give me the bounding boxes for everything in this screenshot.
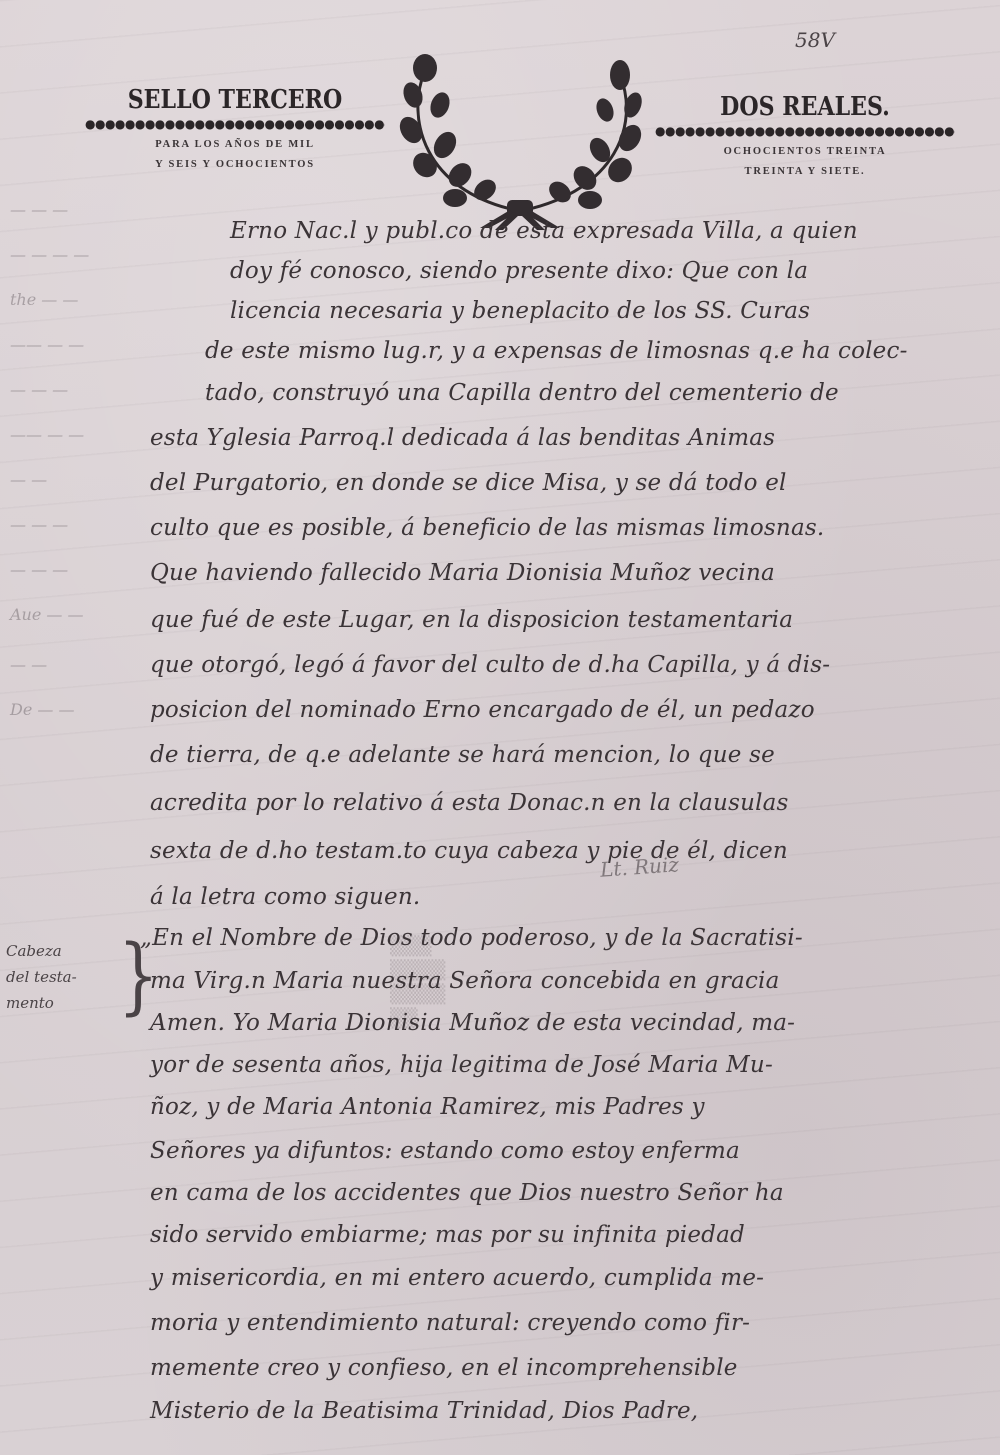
body-line: acredita por lo relativo á esta Donac.n … (150, 790, 789, 816)
testament-line: Misterio de la Beatisima Trinidad, Dios … (150, 1398, 698, 1424)
margin-note-line: mento (6, 990, 77, 1016)
testament-line: ma Virg.n Maria nuestra Señora concebida… (150, 968, 780, 994)
testament-line: sido servido embiarme; mas por su infini… (150, 1222, 745, 1248)
body-line: Erno Nac.l y publ.co de esta expresada V… (230, 218, 858, 244)
body-line: doy fé conosco, siendo presente dixo: Qu… (230, 258, 808, 284)
body-line: posicion del nominado Erno encargado de … (150, 697, 815, 723)
document-page: 58V SELLO TERCERO ●●●●●●●●●●●●●●●●●●●●●●… (0, 0, 1000, 1455)
testament-line: memente creo y confieso, en el incompreh… (150, 1355, 738, 1381)
body-line: Que haviendo fallecido Maria Dionisia Mu… (150, 560, 775, 586)
margin-note-line: del testa- (6, 964, 77, 990)
body-line: de este mismo lug.r, y a expensas de lim… (205, 338, 908, 364)
testament-line: y misericordia, en mi entero acuerdo, cu… (150, 1265, 764, 1291)
body-line: que fué de este Lugar, en la disposicion… (150, 607, 793, 633)
testament-line: ñoz, y de Maria Antonia Ramirez, mis Pad… (150, 1094, 705, 1120)
body-line: esta Yglesia Parroq.l dedicada á las ben… (150, 425, 775, 451)
body-line: culto que es posible, á beneficio de las… (150, 515, 824, 541)
testament-line: Señores ya difuntos: estando como estoy … (150, 1138, 740, 1164)
margin-note-line: Cabeza (6, 938, 77, 964)
body-line: á la letra como siguen. (150, 884, 420, 910)
body-line: sexta de d.ho testam.to cuya cabeza y pi… (150, 838, 788, 864)
testament-line: „En el Nombre de Dios todo poderoso, y d… (140, 925, 803, 951)
margin-note: Cabeza del testa- mento (6, 938, 77, 1016)
body-line: que otorgó, legó á favor del culto de d.… (150, 652, 830, 678)
testament-line: yor de sesenta años, hija legitima de Jo… (150, 1052, 773, 1078)
body-line: del Purgatorio, en donde se dice Misa, y… (150, 470, 787, 496)
body-line: de tierra, de q.e adelante se hará menci… (150, 742, 775, 768)
testament-line: en cama de los accidentes que Dios nuest… (150, 1180, 784, 1206)
testament-line: Amen. Yo Maria Dionisia Muñoz de esta ve… (150, 1010, 795, 1036)
handwritten-body: Erno Nac.l y publ.co de esta expresada V… (0, 0, 1000, 1455)
faint-annotation: Lt. Ruiz (599, 852, 679, 881)
body-line: licencia necesaria y beneplacito de los … (230, 298, 810, 324)
testament-line: moria y entendimiento natural: creyendo … (150, 1310, 750, 1336)
body-line: tado, construyó una Capilla dentro del c… (205, 380, 839, 406)
